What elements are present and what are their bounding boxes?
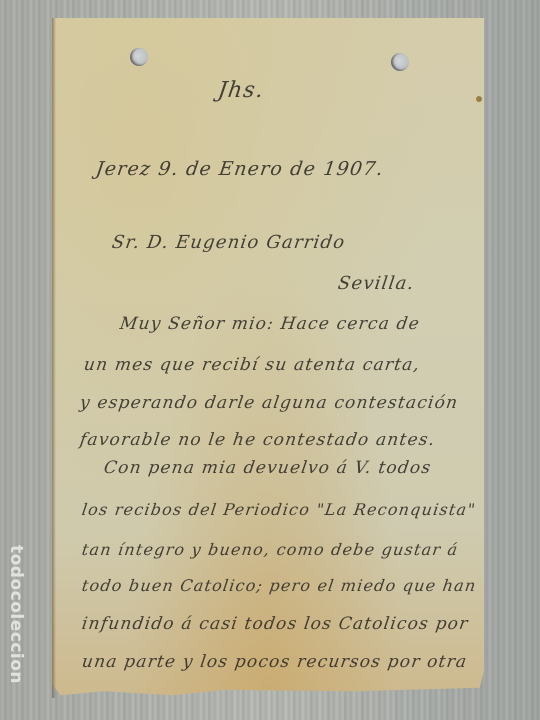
punch-hole-left — [130, 48, 148, 66]
body-line: todo buen Catolico; pero el miedo que ha… — [81, 576, 478, 595]
date-line: Jerez 9. de Enero de 1907. — [94, 158, 385, 180]
punch-hole-right — [391, 53, 409, 71]
recipient-city: Sevilla. — [337, 273, 416, 294]
body-line: favorable no le he contestado antes. — [79, 430, 437, 450]
recipient-name: Sr. D. Eugenio Garrido — [111, 232, 347, 253]
monogram: Jhs. — [216, 78, 266, 103]
watermark-logo: todocoleccion — [6, 545, 26, 684]
body-line: y esperando darle alguna contestación — [79, 393, 460, 413]
paper-stain — [476, 96, 482, 102]
body-line: una parte y los pocos recursos por otra — [81, 652, 469, 672]
body-line: los recibos del Periodico "La Reconquist… — [81, 500, 478, 519]
body-line: un mes que recibí su atenta carta, — [83, 355, 422, 375]
body-line: Con pena mia devuelvo á V. todos — [103, 458, 433, 478]
body-line: infundido á casi todos los Catolicos por — [81, 614, 470, 634]
paper-edge-shadow — [52, 18, 56, 698]
body-line: Muy Señor mio: Hace cerca de — [119, 314, 422, 334]
body-line: tan íntegro y bueno, como debe gustar á — [81, 540, 460, 559]
